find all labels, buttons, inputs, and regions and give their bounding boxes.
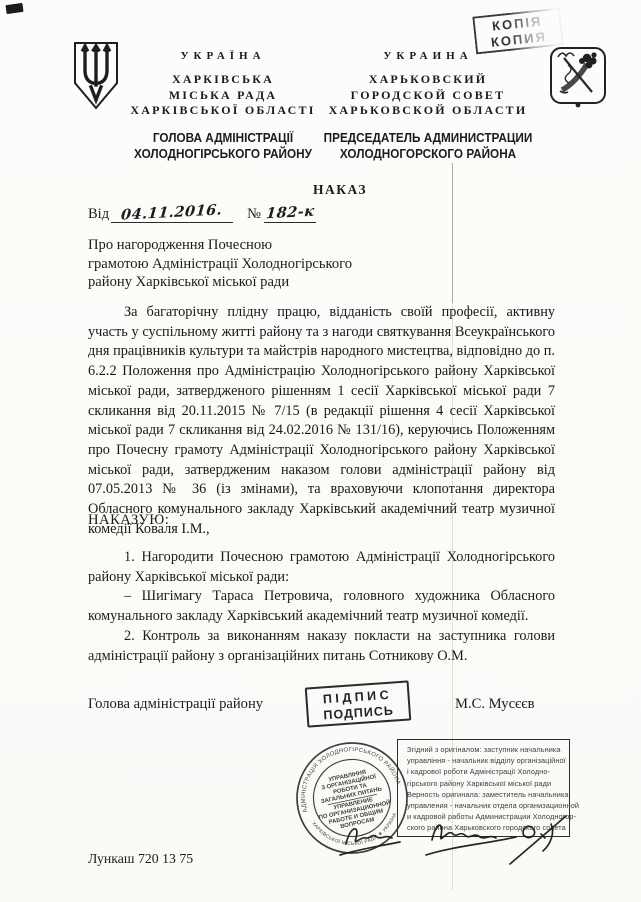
kharkiv-coat-of-arms-icon xyxy=(547,45,609,111)
country-name-ru: УКРАИНА xyxy=(306,50,550,62)
subject-block: Про нагородження Почесною грамотою Адмін… xyxy=(88,236,352,292)
signature-placeholder-stamp: ПІДПИС ПОДПИСЬ xyxy=(305,680,412,727)
admin-head-title-uk: ГОЛОВА АДМІНІСТРАЦІЇ ХОЛОДНОГІРСЬКОГО РА… xyxy=(108,130,337,162)
title-line: ХОЛОДНОГОРСКОГО РАЙОНА xyxy=(313,146,542,162)
number-label: № xyxy=(247,206,261,222)
title-line: ХОЛОДНОГІРСЬКОГО РАЙОНУ xyxy=(108,146,337,162)
order-title: НАКАЗ xyxy=(110,182,570,198)
number-value-handwritten: 182-к xyxy=(265,203,315,223)
signer-name: М.С. Мусєєв xyxy=(455,696,534,713)
admin-head-title-ru: ПРЕДСЕДАТЕЛЬ АДМИНИСТРАЦИИ ХОЛОДНОГОРСКО… xyxy=(313,130,542,162)
document-page: КОПІЯ КОПИЯ УКРАЇНА ХАРКІВСЬКА МІСЬКА РА… xyxy=(0,0,641,902)
order-item-1: 1. Нагородити Почесною грамотою Адмініст… xyxy=(88,548,555,587)
cert-line: гірського району Харківської міської рад… xyxy=(407,778,567,789)
date-label: Від xyxy=(88,206,109,222)
date-number-line: Від04.11.2016.№182-к xyxy=(88,204,316,223)
header-right-block: УКРАИНА ХАРЬКОВСКИЙ ГОРОДСКОЙ СОВЕТ ХАРЬ… xyxy=(306,50,550,162)
subject-line: грамотою Адміністрації Холодногірського xyxy=(88,255,352,274)
council-line: ХАРЬКОВСКОЙ ОБЛАСТИ xyxy=(306,103,550,119)
council-line: ГОРОДСКОЙ СОВЕТ xyxy=(306,88,550,104)
subject-line: Про нагородження Почесною xyxy=(88,236,352,255)
cert-line: і кадрової роботи Адміністрації Холодно- xyxy=(407,766,567,777)
scan-ink-mark xyxy=(5,3,23,14)
council-line: ХАРЬКОВСКИЙ xyxy=(306,72,550,88)
title-line: ПРЕДСЕДАТЕЛЬ АДМИНИСТРАЦИИ xyxy=(313,130,542,146)
title-line: ГОЛОВА АДМІНІСТРАЦІЇ xyxy=(108,130,337,146)
council-name-ru: ХАРЬКОВСКИЙ ГОРОДСКОЙ СОВЕТ ХАРЬКОВСКОЙ … xyxy=(306,72,550,119)
cert-line: Згідний з оригіналом: заступник начальни… xyxy=(407,744,567,755)
order-verb: НАКАЗУЮ: xyxy=(88,512,169,529)
signer-position: Голова адміністрації району xyxy=(88,696,263,713)
executor-reference: Лункаш 720 13 75 xyxy=(88,851,193,867)
order-item-awardee: – Шигімагу Тараса Петровича, головного х… xyxy=(88,587,555,626)
handwritten-signature xyxy=(338,810,588,868)
cert-line: Верность оригинала: заместитель начальни… xyxy=(407,789,567,800)
cert-line: управління - начальник відділу організац… xyxy=(407,755,567,766)
subject-line: району Харківської міської ради xyxy=(88,273,352,292)
order-item-2: 2. Контроль за виконанням наказу покласт… xyxy=(88,627,555,666)
preamble-paragraph: За багаторічну плідну працю, відданість … xyxy=(88,303,555,539)
date-value-handwritten: 04.11.2016. xyxy=(121,201,224,223)
order-items: 1. Нагородити Почесною грамотою Адмініст… xyxy=(88,548,555,666)
